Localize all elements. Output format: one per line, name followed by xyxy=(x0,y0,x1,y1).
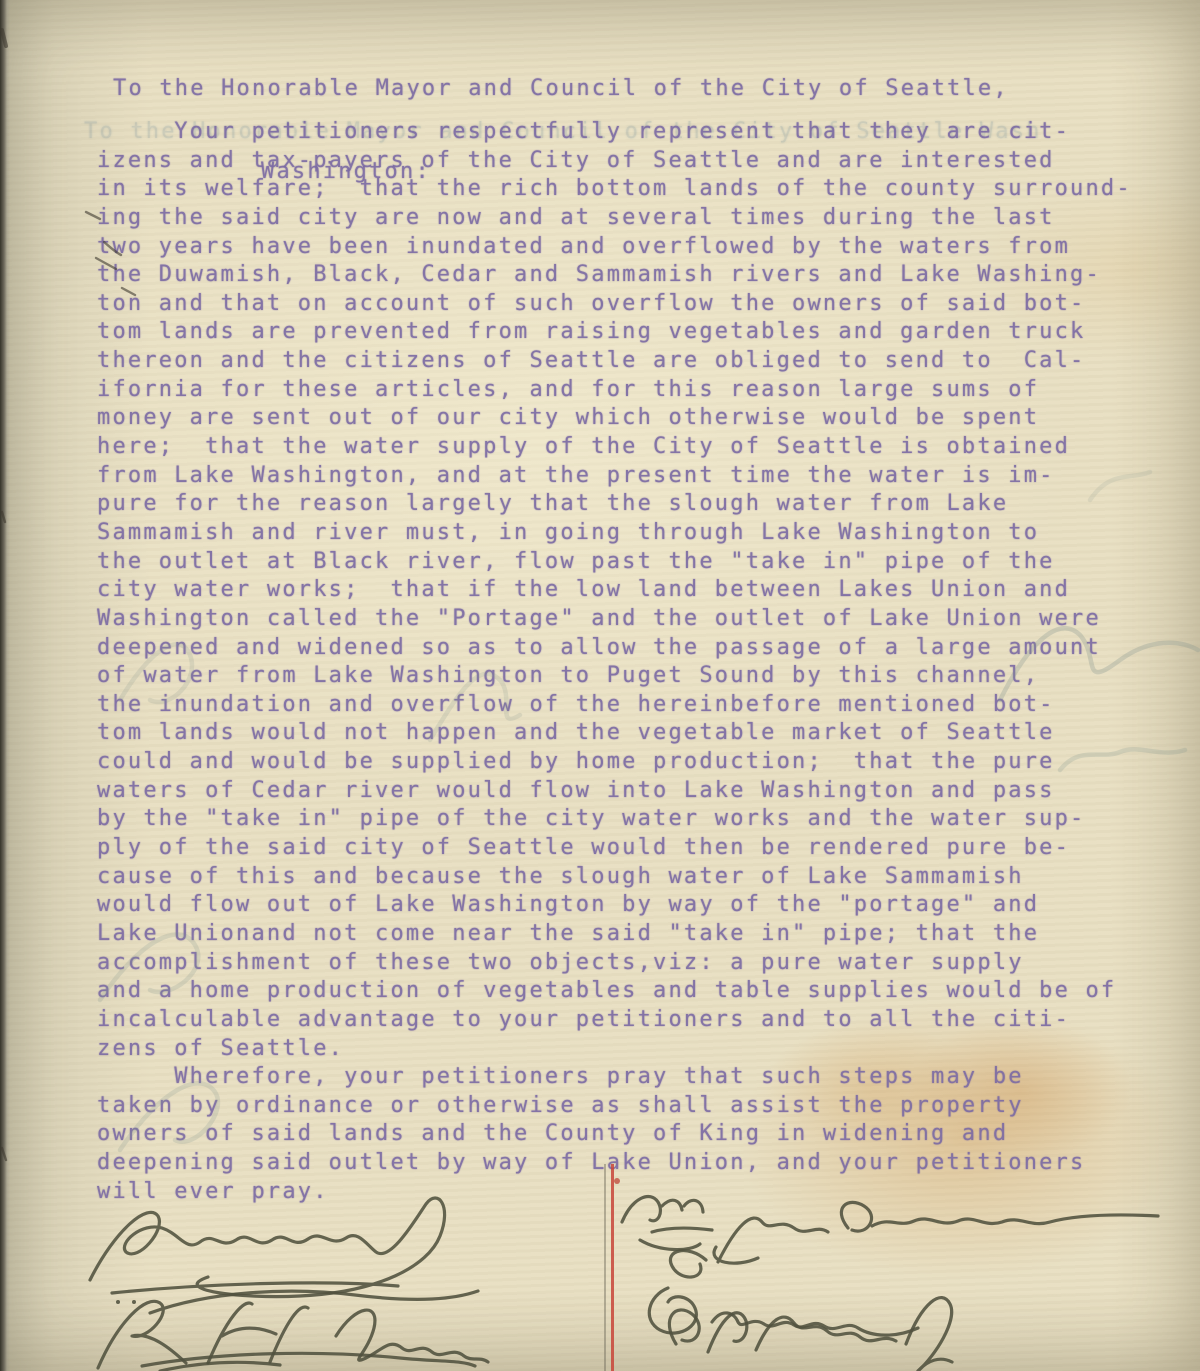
typed-line: and a home production of vegetables and … xyxy=(97,977,1132,1006)
typed-line: owners of said lands and the County of K… xyxy=(97,1120,1132,1149)
typed-line: in its welfare; that the rich bottom lan… xyxy=(97,175,1132,204)
typed-line: here; that the water supply of the City … xyxy=(97,433,1132,462)
signature-c-a-walsh xyxy=(669,1298,952,1371)
typed-line: city water works; that if the low land b… xyxy=(97,576,1132,605)
typed-line: Washington called the "Portage" and the … xyxy=(97,605,1132,634)
typed-line: the inundation and overflow of the herei… xyxy=(97,691,1132,720)
typed-line: zens of Seattle. xyxy=(97,1035,1132,1064)
typed-line: incalculable advantage to your petitione… xyxy=(97,1006,1132,1035)
typed-line: deepened and widened so as to allow the … xyxy=(97,634,1132,663)
scanned-petition-page: To the Honorable Mayor and Council of th… xyxy=(0,0,1200,1371)
typed-line: Your petitioners respectfully represent … xyxy=(97,118,1132,147)
typed-line: from Lake Washington, and at the present… xyxy=(97,462,1132,491)
typewritten-body: Your petitioners respectfully represent … xyxy=(97,118,1132,1206)
signature-e-o-meere xyxy=(649,1251,918,1336)
typed-line: waters of Cedar river would flow into La… xyxy=(97,777,1132,806)
typed-line: ifornia for these articles, and for this… xyxy=(97,376,1132,405)
typed-line: cause of this and because the slough wat… xyxy=(97,863,1132,892)
typed-line: would flow out of Lake Washington by way… xyxy=(97,891,1132,920)
signature-r-h-denny xyxy=(98,1291,488,1368)
typed-line: taken by ordinance or otherwise as shall… xyxy=(97,1092,1132,1121)
signature-partial-bottom-left xyxy=(142,1353,475,1371)
scan-left-edge-shadow xyxy=(0,0,10,1371)
typed-line: by the "take in" pipe of the city water … xyxy=(97,805,1132,834)
typed-line: money are sent out of our city which oth… xyxy=(97,404,1132,433)
typed-line: could and would be supplied by home prod… xyxy=(97,748,1132,777)
typed-line: the outlet at Black river, flow past the… xyxy=(97,548,1132,577)
typed-line: Lake Unionand not come near the said "ta… xyxy=(97,920,1132,949)
typed-line: the Duwamish, Black, Cedar and Sammamish… xyxy=(97,261,1132,290)
gray-margin-line xyxy=(604,1164,606,1371)
typed-line: pure for the reason largely that the slo… xyxy=(97,490,1132,519)
typed-line: ply of the said city of Seattle would th… xyxy=(97,834,1132,863)
typed-line: deepening said outlet by way of Lake Uni… xyxy=(97,1149,1132,1178)
typed-line: izens and tax-payers of the City of Seat… xyxy=(97,147,1132,176)
red-margin-line xyxy=(611,1164,614,1371)
typed-line: will ever pray. xyxy=(97,1178,1132,1207)
typed-line: tom lands are prevented from raising veg… xyxy=(97,318,1132,347)
heading-line-1: To the Honorable Mayor and Council of th… xyxy=(113,72,1009,105)
typed-line: ton and that on account of such overflow… xyxy=(97,290,1132,319)
typed-line: accomplishment of these two objects,viz:… xyxy=(97,949,1132,978)
signature-wm-m-calhoun xyxy=(622,1196,1158,1263)
typed-line: tom lands would not happen and the veget… xyxy=(97,719,1132,748)
typed-line: Wherefore, your petitioners pray that su… xyxy=(97,1063,1132,1092)
typed-line: of water from Lake Washington to Puget S… xyxy=(97,662,1132,691)
signature-f-r-van-tuyl xyxy=(90,1198,445,1304)
typed-line: ing the said city are now and at several… xyxy=(97,204,1132,233)
typed-line: two years have been inundated and overfl… xyxy=(97,233,1132,262)
typed-line: thereon and the citizens of Seattle are … xyxy=(97,347,1132,376)
typed-line: Sammamish and river must, in going throu… xyxy=(97,519,1132,548)
